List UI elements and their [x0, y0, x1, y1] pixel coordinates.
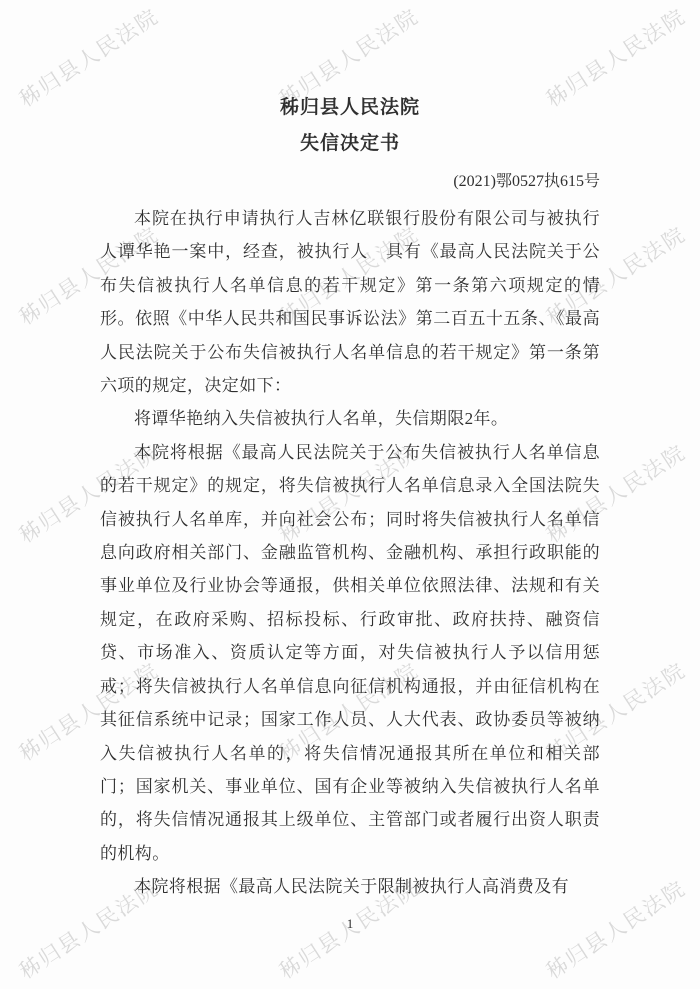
document-content: 秭归县人民法院 失信决定书 (2021)鄂0527执615号 本院在执行申请执行… — [100, 93, 600, 904]
document-type-title: 失信决定书 — [100, 129, 600, 159]
paragraph-decision: 将谭华艳纳入失信被执行人名单，失信期限2年。 — [100, 402, 600, 435]
court-document-page: 秭归县人民法院秭归县人民法院秭归县人民法院秭归县人民法院秭归县人民法院秭归县人民… — [0, 0, 700, 989]
paragraph-measures: 本院将根据《最高人民法院关于公布失信被执行人名单信息的若干规定》的规定，将失信被… — [100, 436, 600, 870]
paragraph-consumption-restriction: 本院将根据《最高人民法院关于限制被执行人高消费及有 — [100, 870, 600, 903]
court-name-title: 秭归县人民法院 — [100, 93, 600, 123]
case-number: (2021)鄂0527执615号 — [100, 171, 600, 193]
page-number: 1 — [0, 916, 700, 932]
paragraph-case-facts: 本院在执行申请执行人吉林亿联银行股份有限公司与被执行人谭华艳一案中，经查，被执行… — [100, 202, 600, 402]
document-body: 本院在执行申请执行人吉林亿联银行股份有限公司与被执行人谭华艳一案中，经查，被执行… — [100, 202, 600, 904]
